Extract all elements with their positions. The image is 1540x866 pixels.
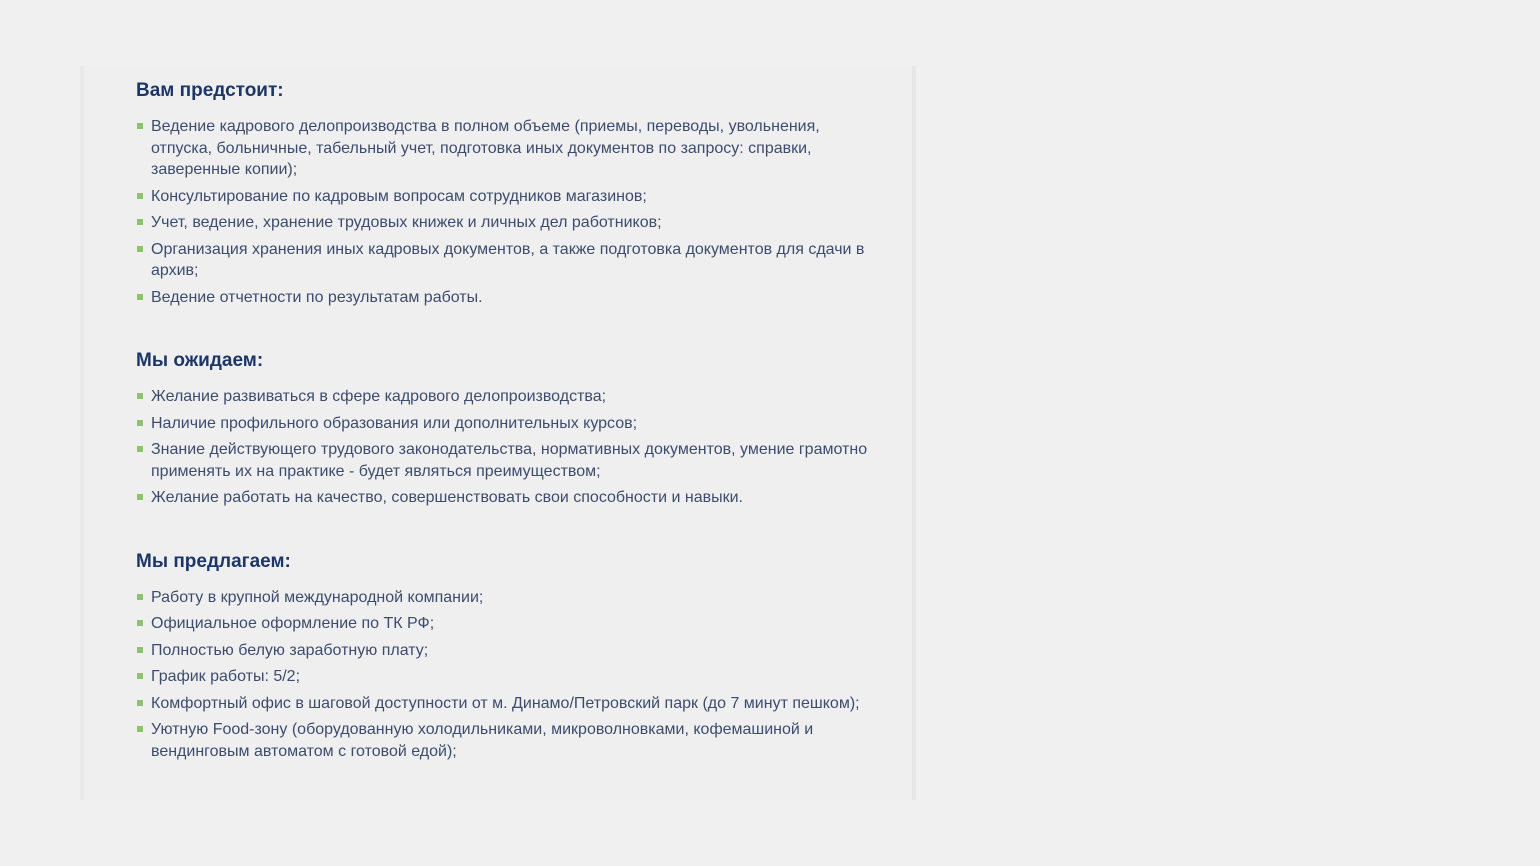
square-bullet-icon [137, 420, 143, 426]
square-bullet-icon [137, 393, 143, 399]
list-item: Полностью белую заработную плату; [136, 640, 876, 662]
section-responsibilities: Вам предстоит: Ведение кадрового делопро… [136, 78, 876, 308]
square-bullet-icon [137, 219, 143, 225]
requirements-list: Желание развиваться в сфере кадрового де… [136, 386, 876, 509]
square-bullet-icon [137, 726, 143, 732]
square-bullet-icon [137, 494, 143, 500]
square-bullet-icon [137, 193, 143, 199]
responsibilities-list: Ведение кадрового делопроизводства в пол… [136, 116, 876, 308]
list-item: Желание развиваться в сфере кадрового де… [136, 386, 876, 408]
list-item: Комфортный офис в шаговой доступности от… [136, 693, 876, 715]
offer-list: Работу в крупной международной компании;… [136, 587, 876, 763]
list-item: Организация хранения иных кадровых докум… [136, 239, 876, 282]
list-item: Работу в крупной международной компании; [136, 587, 876, 609]
list-item: Наличие профильного образования или допо… [136, 413, 876, 435]
square-bullet-icon [137, 294, 143, 300]
list-item: Желание работать на качество, совершенст… [136, 487, 876, 509]
section-title: Мы предлагаем: [136, 549, 876, 575]
square-bullet-icon [137, 446, 143, 452]
list-item: Официальное оформление по ТК РФ; [136, 613, 876, 635]
list-item: Ведение отчетности по результатам работы… [136, 287, 876, 309]
list-item: Консультирование по кадровым вопросам со… [136, 186, 876, 208]
square-bullet-icon [137, 620, 143, 626]
list-item: График работы: 5/2; [136, 666, 876, 688]
section-title: Вам предстоит: [136, 78, 876, 104]
list-item: Знание действующего трудового законодате… [136, 439, 876, 482]
square-bullet-icon [137, 594, 143, 600]
square-bullet-icon [137, 647, 143, 653]
square-bullet-icon [137, 673, 143, 679]
square-bullet-icon [137, 246, 143, 252]
square-bullet-icon [137, 700, 143, 706]
square-bullet-icon [137, 123, 143, 129]
section-offer: Мы предлагаем: Работу в крупной междунар… [136, 549, 876, 763]
list-item: Учет, ведение, хранение трудовых книжек … [136, 212, 876, 234]
section-requirements: Мы ожидаем: Желание развиваться в сфере … [136, 348, 876, 509]
list-item: Ведение кадрового делопроизводства в пол… [136, 116, 876, 181]
list-item: Уютную Food-зону (оборудованную холодиль… [136, 719, 876, 762]
section-title: Мы ожидаем: [136, 348, 876, 374]
vacancy-description: Вам предстоит: Ведение кадрового делопро… [136, 78, 876, 767]
